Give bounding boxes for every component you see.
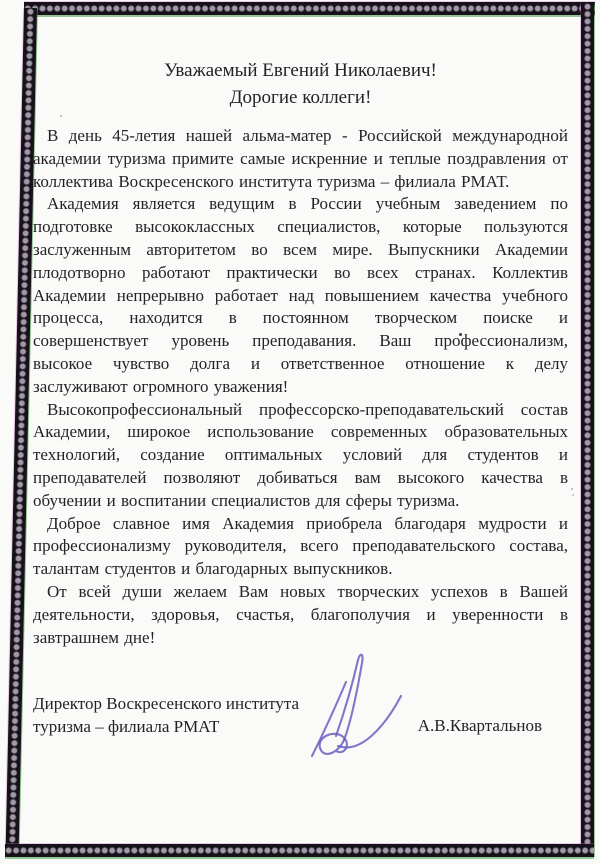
decorative-border-bottom: [5, 844, 594, 857]
text-line: Академии, широкое использование современ…: [33, 421, 568, 444]
signatory-name: А.В.Квартальнов: [418, 715, 542, 738]
text-line: профессионализму руководителя, всего пре…: [33, 535, 568, 558]
paragraph: В день 45-летия нашей альма-матер - Росс…: [33, 125, 568, 193]
text-line: технологий, создание оптимальных условий…: [33, 444, 568, 467]
text-line: В день 45-летия нашей альма-матер - Росс…: [33, 125, 568, 148]
handwritten-signature: [298, 646, 416, 766]
paragraph: Академия является ведущим в России учебн…: [33, 193, 568, 398]
text-line: процесса, находится в постоянном творчес…: [33, 307, 568, 330]
text-line: Академии непрерывно работает над повышен…: [33, 285, 568, 308]
text-line: академии туризма примите самые искренние…: [33, 148, 568, 171]
paragraph: Доброе славное имя Академия приобрела бл…: [33, 513, 568, 581]
letter-body: В день 45-летия нашей альма-матер - Росс…: [33, 125, 568, 649]
paper-speck: [572, 494, 574, 496]
decorative-border-right: [581, 3, 594, 857]
decorative-border-top: [24, 2, 595, 15]
text-line: высокое чувство долга и ответственное от…: [33, 353, 568, 376]
text-line: От всей души желаем Вам новых творческих…: [33, 581, 568, 604]
paper-speck: [571, 488, 573, 490]
text-line: талантам студентов и благодарных выпускн…: [33, 558, 568, 581]
letter-content: Уважаемый Евгений Николаевич! Дорогие ко…: [33, 57, 568, 738]
text-line: Академия является ведущим в России учебн…: [33, 193, 568, 216]
salutation-line-2: Дорогие коллеги!: [33, 84, 568, 111]
paragraph: От всей души желаем Вам новых творческих…: [33, 581, 568, 649]
paper-speck: [60, 115, 62, 117]
letter-page: Уважаемый Евгений Николаевич! Дорогие ко…: [0, 0, 600, 864]
salutation-line-1: Уважаемый Евгений Николаевич!: [33, 57, 568, 84]
text-line: подготовке высококлассных специалистов, …: [33, 216, 568, 239]
paragraph: Высокопрофессиональный профессорско-преп…: [33, 399, 568, 513]
signature-stroke: [320, 734, 347, 754]
text-line: обучении и воспитании специалистов для с…: [33, 490, 568, 513]
text-line: заслуживают огромного уважения!: [33, 376, 568, 399]
text-line: плодотворно работают практически во всех…: [33, 262, 568, 285]
paper-speck: [459, 333, 462, 336]
text-line: Высокопрофессиональный профессорско-преп…: [33, 399, 568, 422]
text-line: Доброе славное имя Академия приобрела бл…: [33, 513, 568, 536]
text-line: деятельности, здоровья, счастья, благопо…: [33, 604, 568, 627]
text-line: коллектива Воскресенского института тури…: [33, 171, 568, 194]
text-line: преподавателей позволяют добиваться вам …: [33, 467, 568, 490]
text-line: совершенствует уровень преподавания. Ваш…: [33, 330, 568, 353]
salutation: Уважаемый Евгений Николаевич! Дорогие ко…: [33, 57, 568, 111]
text-line: заслуженным авторитетом во всем мире. Вы…: [33, 239, 568, 262]
